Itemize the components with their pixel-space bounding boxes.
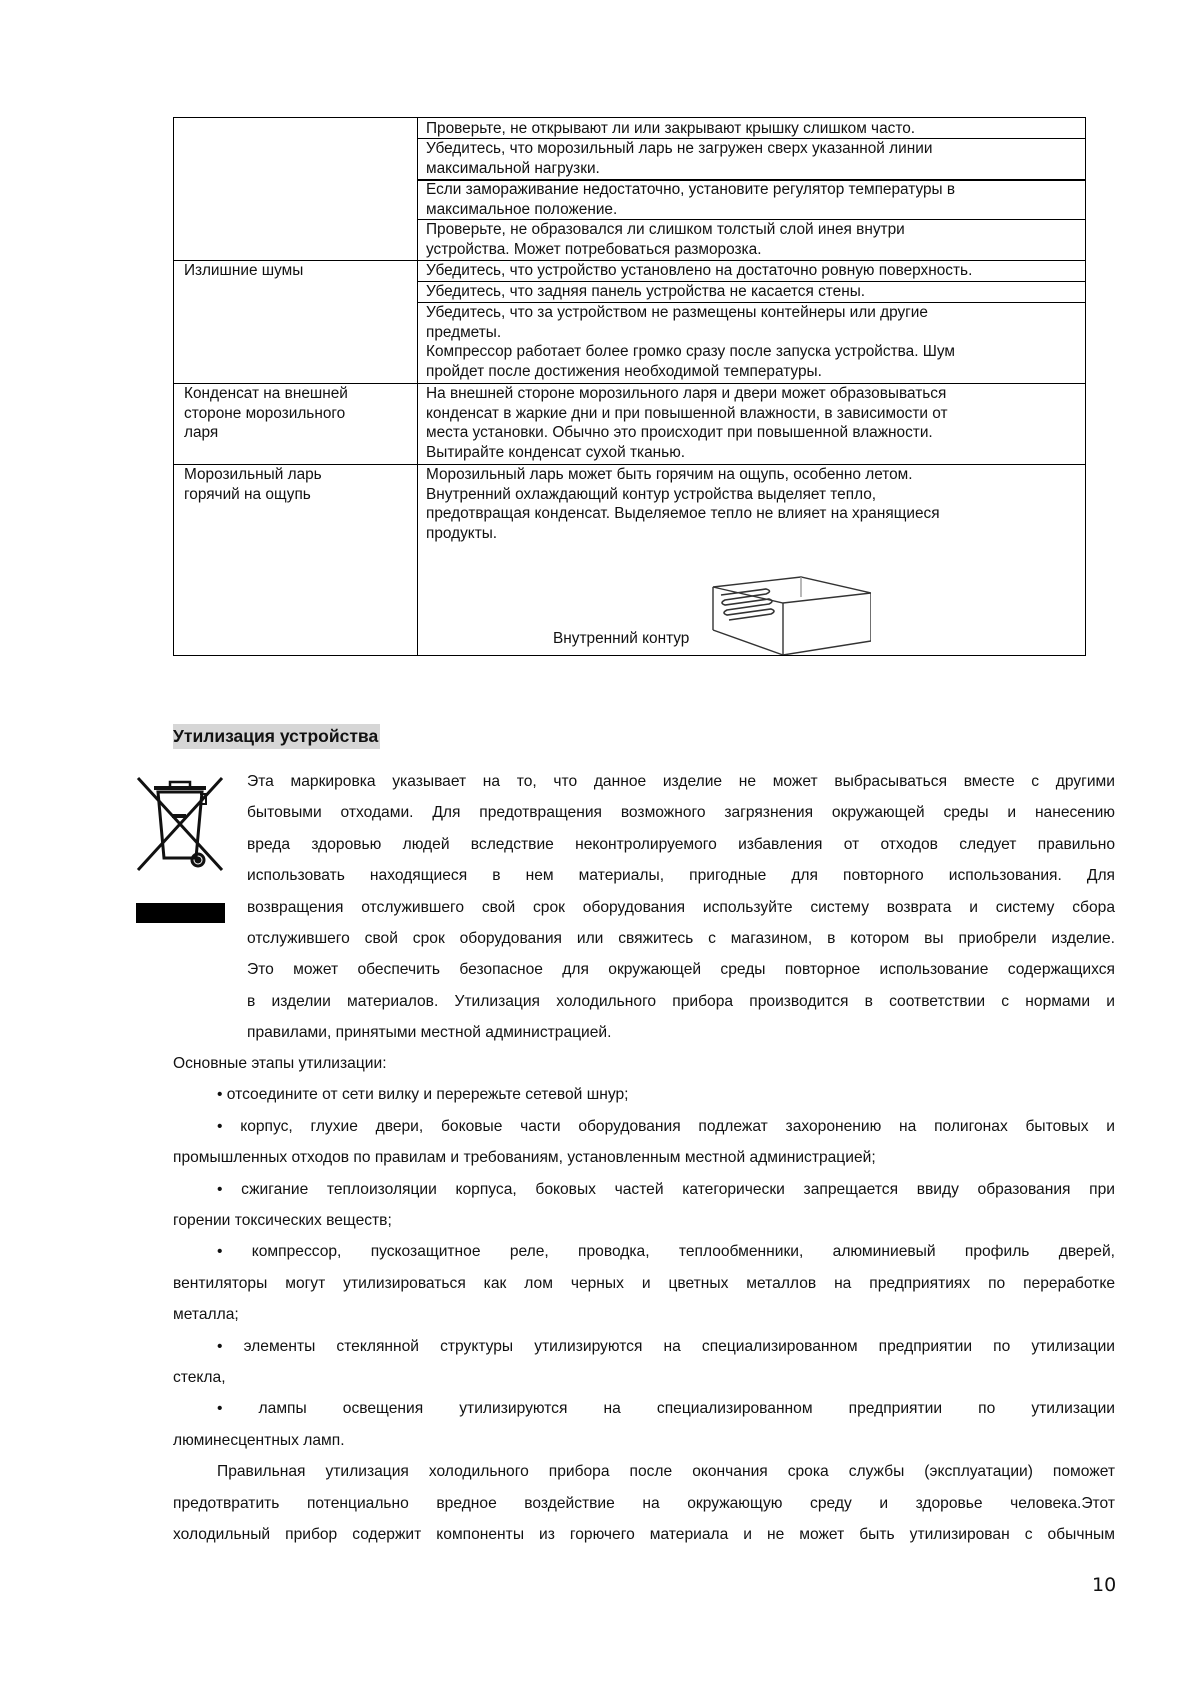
solution-line: Вытирайте конденсат сухой тканью. [426, 443, 948, 463]
page-number: 10 [1092, 1574, 1116, 1596]
paragraph-line: Эта маркировка указывает на то, что данн… [247, 766, 1115, 797]
problem-line: ларя [184, 423, 348, 443]
solution-text: Проверьте, не открывают ли или закрывают… [426, 119, 915, 139]
solution-line: максимальное положение. [426, 200, 955, 220]
step-line: промышленных отходов по правилам и требо… [173, 1142, 1115, 1173]
paragraph-line: возвращения отслужившего свой срок обору… [247, 892, 1115, 923]
paragraph-line: отслужившего свой срок оборудования или … [247, 923, 1115, 954]
problem-line: Конденсат на внешней [184, 384, 348, 404]
solution-line: Компрессор работает более громко сразу п… [426, 342, 955, 362]
step-line: стекла, [173, 1362, 1115, 1393]
freezer-inner-contour-diagram-icon [711, 575, 871, 655]
figure-caption: Внутренний контур [553, 629, 689, 648]
paragraph-line: Это может обеспечить безопасное для окру… [247, 954, 1115, 985]
solution-line: предотвращая конденсат. Выделяемое тепло… [426, 504, 940, 524]
problem-text: Морозильный ларь горячий на ощупь [184, 465, 322, 504]
section-heading: Утилизация устройства [173, 724, 380, 749]
step-line: • сжигание теплоизоляции корпуса, боковы… [173, 1174, 1115, 1205]
troubleshooting-table: Проверьте, не открывают ли или закрывают… [173, 117, 1086, 656]
solution-text: Если замораживание недостаточно, установ… [426, 180, 955, 219]
solution-line: Морозильный ларь может быть горячим на о… [426, 465, 940, 485]
step-line: вентиляторы могут утилизироваться как ло… [173, 1268, 1115, 1299]
solution-line: места установки. Обычно это происходит п… [426, 423, 948, 443]
paragraph-line: вреда здоровью людей вследствие неконтро… [247, 829, 1115, 860]
step-line: • отсоедините от сети вилку и перережьте… [173, 1079, 1115, 1110]
closing-line: холодильный прибор содержит компоненты и… [173, 1519, 1115, 1550]
weee-date-bar [136, 903, 225, 923]
solution-text: Убедитесь, что устройство установлено на… [426, 261, 972, 281]
step-line: горении токсических веществ; [173, 1205, 1115, 1236]
problem-line: горячий на ощупь [184, 485, 322, 505]
problem-line: Морозильный ларь [184, 465, 322, 485]
solution-line: Если замораживание недостаточно, установ… [426, 180, 955, 200]
solution-line: устройства. Может потребоваться размороз… [426, 240, 905, 260]
solution-text: Проверьте, не образовался ли слишком тол… [426, 220, 905, 259]
solution-line: предметы. [426, 323, 955, 343]
closing-line: предотвратить потенциально вредное возде… [173, 1488, 1115, 1519]
step-line: • элементы стеклянной структуры утилизир… [173, 1331, 1115, 1362]
solution-line: Убедитесь, что задняя панель устройства … [426, 282, 865, 302]
problem-line: стороне морозильного [184, 404, 348, 424]
closing-line: Правильная утилизация холодильного прибо… [173, 1456, 1115, 1487]
step-line: металла; [173, 1299, 1115, 1330]
crossed-out-wheelie-bin-icon [134, 774, 226, 876]
disposal-steps: Основные этапы утилизации: • отсоедините… [173, 1048, 1115, 1551]
solution-line: Проверьте, не открывают ли или закрывают… [426, 119, 915, 139]
problem-line: Излишние шумы [184, 261, 303, 281]
disposal-intro-paragraph: Эта маркировка указывает на то, что данн… [247, 766, 1115, 1049]
solution-line: На внешней стороне морозильного ларя и д… [426, 384, 948, 404]
solution-text: Морозильный ларь может быть горячим на о… [426, 465, 940, 543]
column-divider [417, 118, 418, 655]
step-line: • корпус, глухие двери, боковые части об… [173, 1111, 1115, 1142]
step-line: люминесцентных ламп. [173, 1425, 1115, 1456]
steps-title: Основные этапы утилизации: [173, 1048, 1115, 1079]
problem-text: Конденсат на внешней стороне морозильног… [184, 384, 348, 443]
paragraph-line: в изделии материалов. Утилизация холодил… [247, 986, 1115, 1017]
solution-line: пройдет после достижения необходимой тем… [426, 362, 955, 382]
paragraph-line: правилами, принятыми местной администрац… [247, 1017, 1115, 1048]
solution-line: Убедитесь, что морозильный ларь не загру… [426, 139, 932, 159]
step-line: • компрессор, пускозащитное реле, провод… [173, 1236, 1115, 1267]
solution-line: Внутренний охлаждающий контур устройства… [426, 485, 940, 505]
solution-line: Проверьте, не образовался ли слишком тол… [426, 220, 905, 240]
solution-text: На внешней стороне морозильного ларя и д… [426, 384, 948, 462]
solution-line: Убедитесь, что устройство установлено на… [426, 261, 972, 281]
step-line: • лампы освещения утилизируются на специ… [173, 1393, 1115, 1424]
solution-text: Убедитесь, что за устройством не размеще… [426, 303, 955, 381]
solution-text: Убедитесь, что морозильный ларь не загру… [426, 139, 932, 178]
solution-line: продукты. [426, 524, 940, 544]
paragraph-line: использовать находящиеся в нем материалы… [247, 860, 1115, 891]
solution-text: Убедитесь, что задняя панель устройства … [426, 282, 865, 302]
problem-text: Излишние шумы [184, 261, 303, 281]
paragraph-line: бытовыми отходами. Для предотвращения во… [247, 797, 1115, 828]
solution-line: конденсат в жаркие дни и при повышенной … [426, 404, 948, 424]
solution-line: Убедитесь, что за устройством не размеще… [426, 303, 955, 323]
solution-line: максимальной нагрузки. [426, 159, 932, 179]
